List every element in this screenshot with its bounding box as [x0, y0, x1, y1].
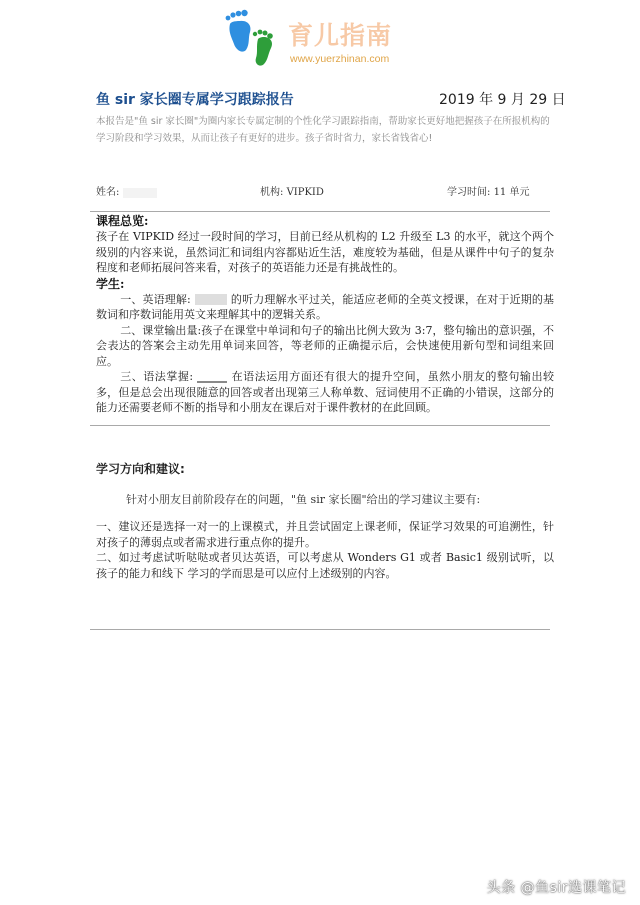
advice-heading: 学习方向和建议:	[96, 460, 185, 477]
advice-item: 二、如过考虑试听哒哒或者贝达英语，可以考虑从 Wonders G1 或者 Bas…	[96, 550, 554, 581]
report-date: 2019 年 9 月 29 日	[439, 89, 566, 109]
divider	[90, 425, 550, 426]
logo: 育儿指南 www.yuerzhinan.com	[222, 8, 442, 70]
item-prefix: 三、语法掌握:	[120, 370, 193, 383]
name-redacted	[123, 188, 157, 198]
report-title: 鱼 sir 家长圈专属学习跟踪报告	[96, 89, 294, 109]
advice-item: 一、建议还是选择一对一的上课模式，并且尝试固定上课老师，保证学习效果的可追溯性，…	[96, 519, 554, 550]
redacted-name	[197, 381, 227, 383]
item-prefix: 二、课堂输出量:	[120, 324, 201, 337]
student-item-output: 二、课堂输出量:孩子在课堂中单词和句子的输出比例大致为 3:7，整句输出的意识强…	[96, 323, 554, 370]
report-intro: 本报告是"鱼 sir 家长圈"为圈内家长专属定制的个性化学习跟踪指南，帮助家长更…	[96, 113, 556, 147]
advice-lead: 针对小朋友目前阶段存在的问题，"鱼 sir 家长圈"给出的学习建议主要有:	[126, 491, 480, 507]
student-item-listening: 一、英语理解:的听力理解水平过关，能适应老师的全英文授课，在对于近期的基数词和序…	[96, 292, 554, 323]
org-label: 机构:	[260, 187, 283, 198]
study-time-value: 11 单元	[494, 187, 530, 198]
student-item-grammar: 三、语法掌握:在语法运用方面还有很大的提升空间，虽然小朋友的整句输出较多，但是总…	[96, 369, 554, 416]
name-label: 姓名:	[96, 187, 119, 198]
study-time-field: 学习时间: 11 单元	[447, 183, 529, 198]
overview-text: 孩子在 VIPKID 经过一段时间的学习，目前已经从机构的 L2 升级至 L3 …	[96, 229, 554, 276]
student-heading: 学生:	[96, 276, 554, 292]
organization-field: 机构: VIPKID	[260, 183, 324, 198]
watermark: 头条 @鱼sir选课笔记	[487, 877, 626, 897]
overview-section: 课程总览: 孩子在 VIPKID 经过一段时间的学习，目前已经从机构的 L2 升…	[96, 213, 554, 416]
item-prefix: 一、英语理解:	[120, 293, 191, 306]
brand-name: 育儿指南	[288, 16, 392, 52]
redacted-name	[195, 294, 227, 305]
advice-list: 一、建议还是选择一对一的上课模式，并且尝试固定上课老师，保证学习效果的可追溯性，…	[96, 519, 554, 581]
overview-heading: 课程总览:	[96, 213, 554, 229]
study-time-label: 学习时间:	[447, 187, 490, 198]
divider	[90, 629, 550, 630]
footprints-icon	[222, 8, 284, 70]
org-value: VIPKID	[287, 187, 324, 198]
student-name-field: 姓名:	[96, 183, 157, 198]
brand-url: www.yuerzhinan.com	[290, 53, 389, 65]
divider	[90, 211, 550, 212]
